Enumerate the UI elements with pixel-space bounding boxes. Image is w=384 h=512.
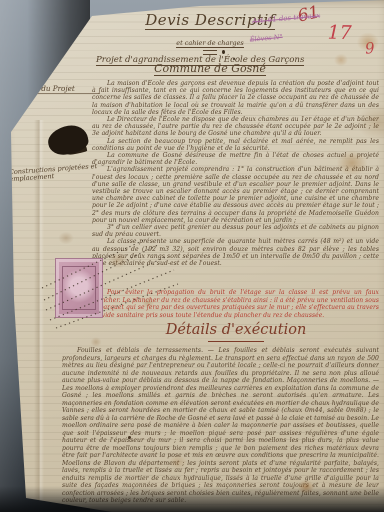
photograph-of-document: Devis Descriptif et cahier de charges Co…: [0, 0, 384, 512]
paper-stains: [0, 0, 384, 512]
document-page: Devis Descriptif et cahier de charges Co…: [0, 0, 384, 512]
photo-bottom-shadow: [0, 486, 384, 512]
